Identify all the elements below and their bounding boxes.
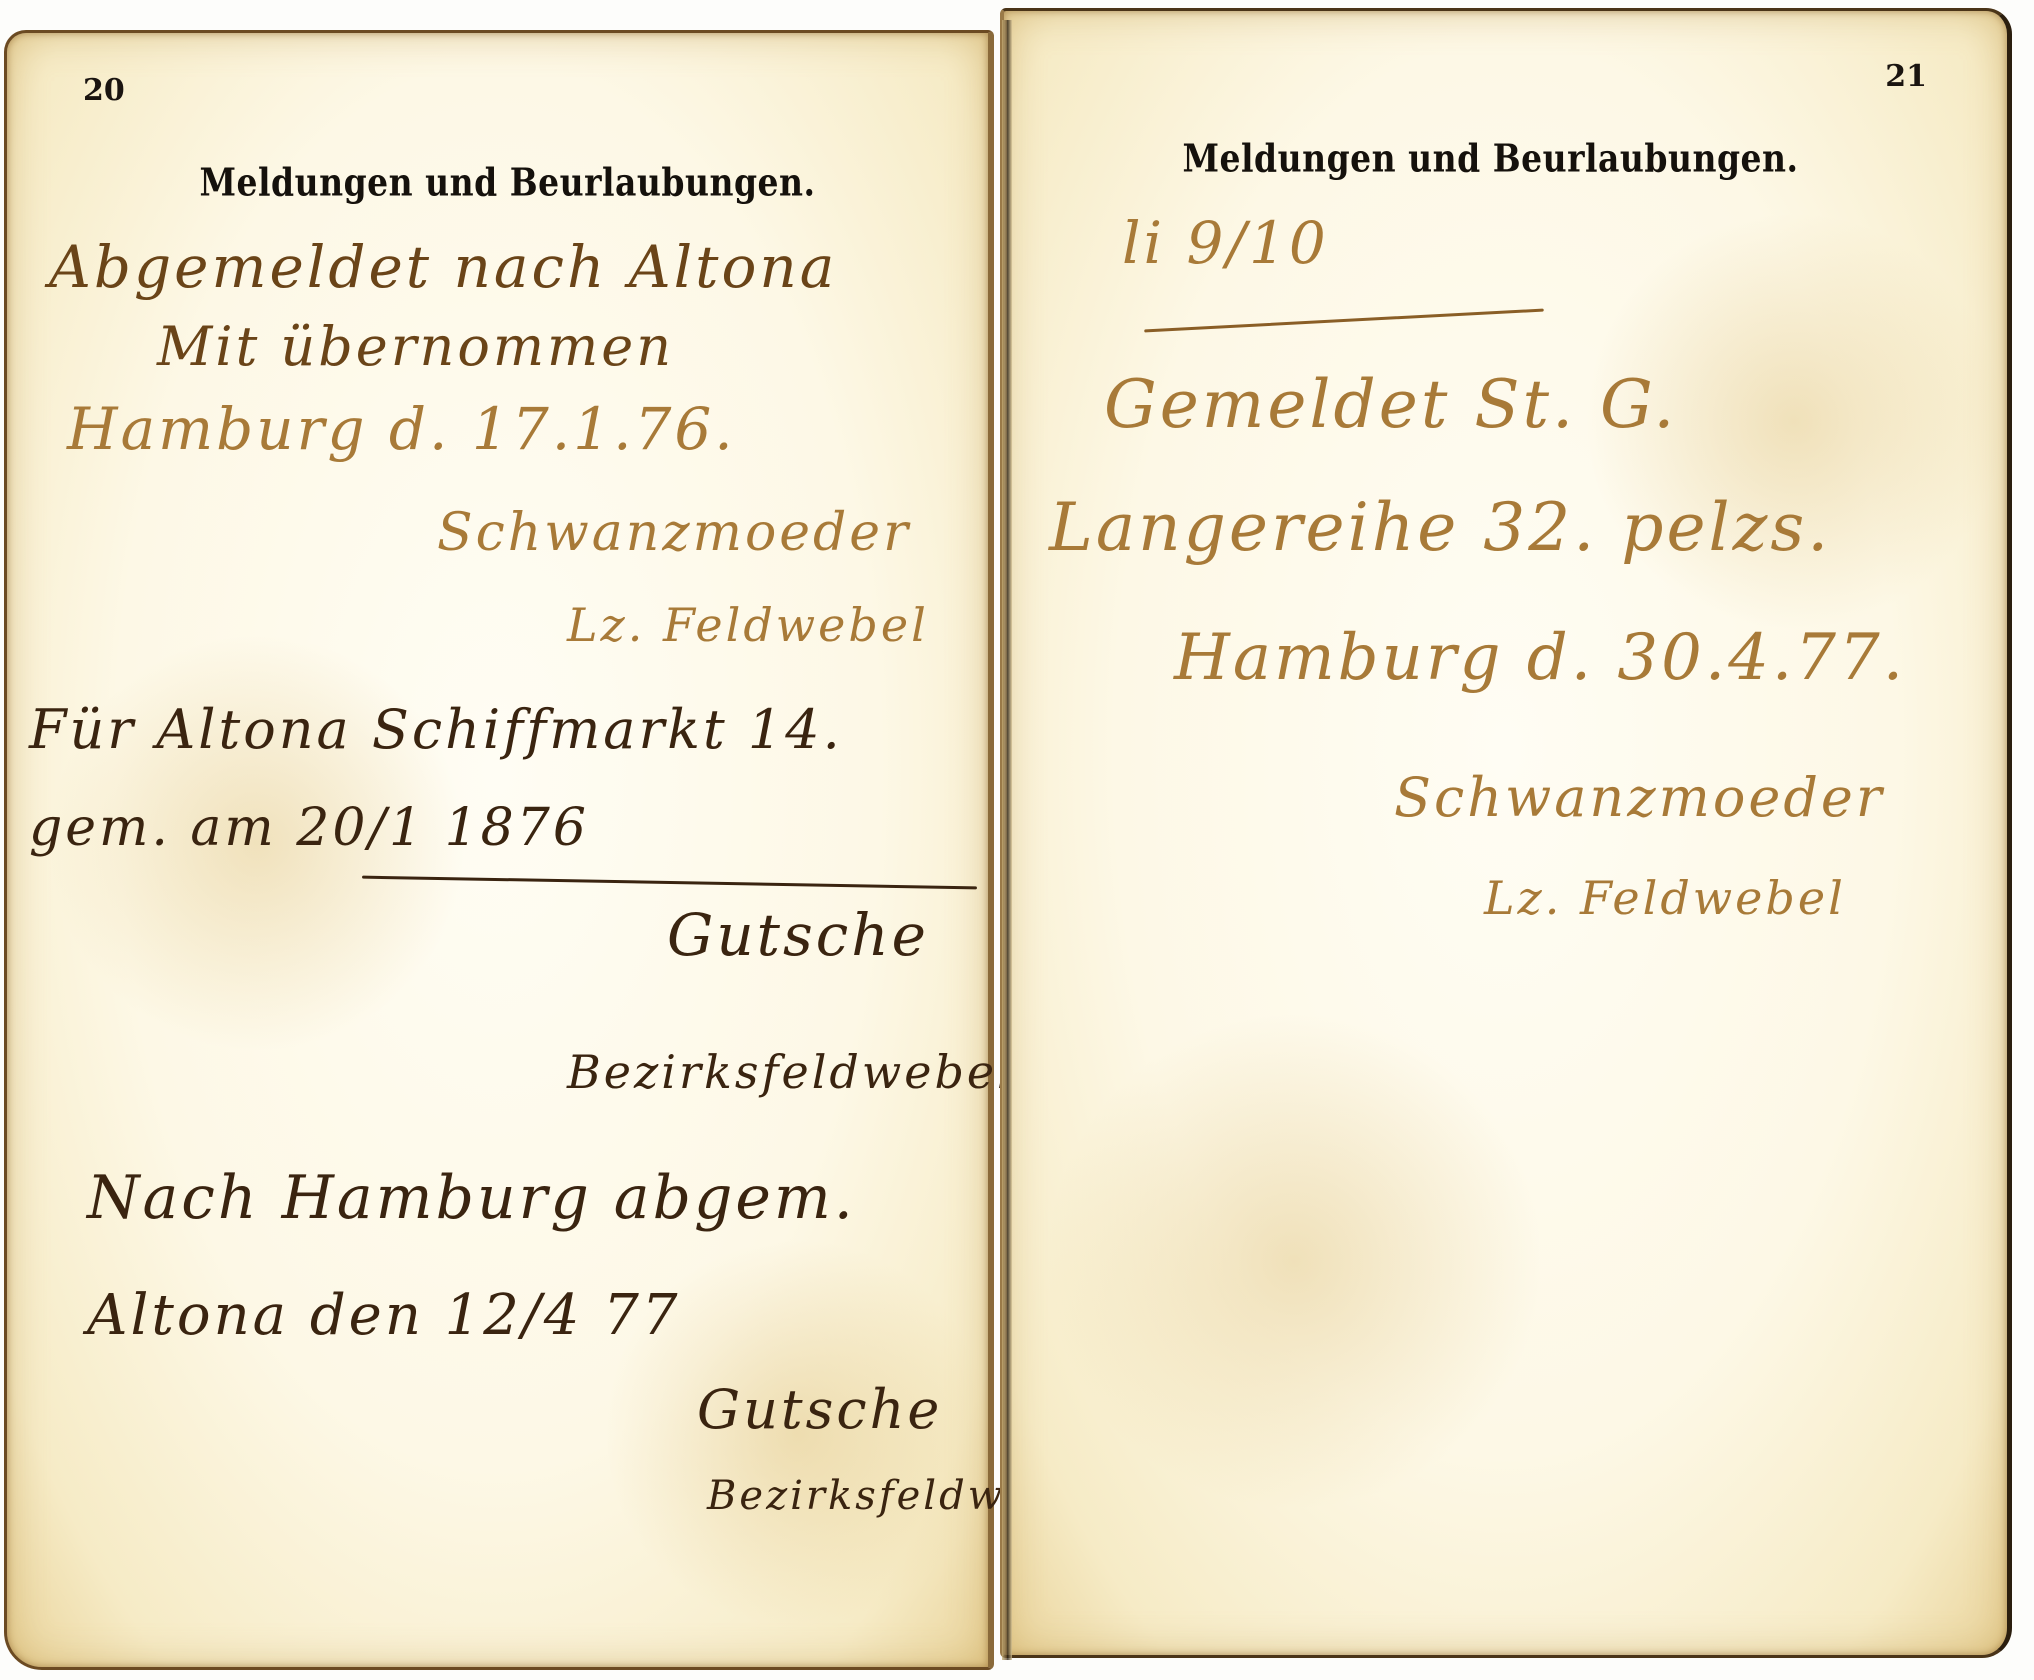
flourish-rule: [1144, 309, 1544, 333]
entry-note: li 9/10: [1122, 209, 1329, 277]
entry-date-line: Hamburg d. 17.1.76.: [67, 395, 736, 463]
page-header: Meldungen und Beurlaubungen.: [7, 160, 988, 205]
entry-date-line: Altona den 12/4 77: [87, 1283, 681, 1348]
entry-line: Abgemeldet nach Altona: [49, 233, 837, 301]
page-number: 20: [83, 73, 125, 108]
page-number: 21: [1885, 59, 1927, 94]
signature-name: Schwanzmoeder: [1394, 766, 1885, 829]
signature-name: Schwanzmoeder: [437, 503, 911, 563]
right-page: 21 Meldungen und Beurlaubungen. li 9/10 …: [1000, 8, 2012, 1658]
signature-name: Gutsche: [697, 1378, 942, 1441]
booklet-spread: 20 Meldungen und Beurlaubungen. Abgemeld…: [0, 0, 2034, 1680]
page-header: Meldungen und Beurlaubungen.: [1004, 136, 2007, 181]
entry-line: Gemeldet St. G.: [1104, 366, 1677, 443]
signature-name: Gutsche: [667, 901, 929, 969]
entry-line: Für Altona Schiffmarkt 14.: [29, 698, 843, 761]
left-page: 20 Meldungen und Beurlaubungen. Abgemeld…: [4, 30, 994, 1670]
signature-rule: [362, 876, 977, 890]
entry-line: Mit übernommen: [157, 315, 674, 378]
entry-line: Langereihe 32. pelzs.: [1049, 489, 1831, 566]
entry-line: Nach Hamburg abgem.: [87, 1163, 856, 1233]
paper-stain: [1044, 1011, 1544, 1511]
entry-date-line: Hamburg d. 30.4.77.: [1174, 621, 1906, 695]
book-gutter: [1002, 20, 1012, 1660]
signature-title: Lz. Feldwebel: [1484, 871, 1846, 925]
signature-title: Bezirksfeldwebel: [567, 1045, 1015, 1099]
signature-title: Lz. Feldwebel: [567, 598, 929, 652]
entry-date-line: gem. am 20/1 1876: [29, 798, 589, 858]
